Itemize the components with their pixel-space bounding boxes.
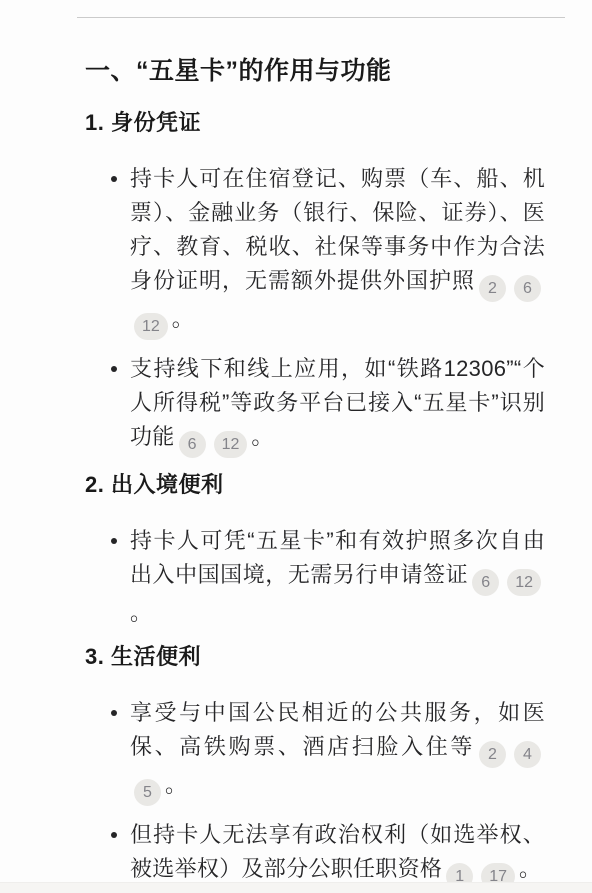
citation-badge[interactable]: 6 (472, 569, 499, 596)
citation-badge[interactable]: 12 (134, 313, 168, 340)
bullet-marker-icon (111, 832, 117, 838)
bullet-marker-icon (111, 366, 117, 372)
citation-badge[interactable]: 2 (479, 275, 506, 302)
bullet-text: 享受与中国公民相近的公共服务，如医保、高铁购票、酒店扫脸入住等245。 (130, 696, 545, 806)
bottom-edge-strip (0, 882, 592, 893)
bullet-list: 持卡人可在住宿登记、购票（车、船、机票）、金融业务（银行、保险、证券）、医疗、教… (85, 162, 545, 458)
citation-badge[interactable]: 4 (514, 741, 541, 768)
list-item: 持卡人可在住宿登记、购票（车、船、机票）、金融业务（银行、保险、证券）、医疗、教… (85, 162, 545, 340)
list-item: 但持卡人无法享有政治权利（如选举权、被选举权）及部分公职任职资格117。 (85, 818, 545, 890)
citation-badge[interactable]: 6 (514, 275, 541, 302)
list-item: 支持线下和线上应用，如“铁路12306”“个人所得税”等政务平台已接入“五星卡”… (85, 352, 545, 458)
section-title: 3. 生活便利 (85, 642, 545, 672)
citation-badge[interactable]: 12 (507, 569, 541, 596)
bullet-list: 持卡人可凭“五星卡”和有效护照多次自由出入中国国境，无需另行申请签证612。 (85, 524, 545, 630)
answer-section: 3. 生活便利 享受与中国公民相近的公共服务，如医保、高铁购票、酒店扫脸入住等2… (85, 642, 545, 890)
bullet-marker-icon (111, 710, 117, 716)
bullet-text: 支持线下和线上应用，如“铁路12306”“个人所得税”等政务平台已接入“五星卡”… (130, 352, 545, 458)
answer-screen: 一、“五星卡”的作用与功能 1. 身份凭证 持卡人可在住宿登记、购票（车、船、机… (0, 0, 592, 893)
bullet-marker-icon (111, 538, 117, 544)
bullet-list: 享受与中国公民相近的公共服务，如医保、高铁购票、酒店扫脸入住等245。 但持卡人… (85, 696, 545, 890)
answer-heading: 一、“五星卡”的作用与功能 (85, 54, 545, 88)
bullet-text: 持卡人可凭“五星卡”和有效护照多次自由出入中国国境，无需另行申请签证612。 (130, 524, 545, 630)
bullet-marker-icon (111, 176, 117, 182)
bullet-text: 但持卡人无法享有政治权利（如选举权、被选举权）及部分公职任职资格117。 (130, 818, 545, 890)
section-title: 2. 出入境便利 (85, 470, 545, 500)
citation-badge[interactable]: 6 (179, 431, 206, 458)
answer-content: 一、“五星卡”的作用与功能 1. 身份凭证 持卡人可在住宿登记、购票（车、船、机… (0, 18, 592, 890)
answer-section: 2. 出入境便利 持卡人可凭“五星卡”和有效护照多次自由出入中国国境，无需另行申… (85, 470, 545, 630)
answer-body: 1. 身份凭证 持卡人可在住宿登记、购票（车、船、机票）、金融业务（银行、保险、… (85, 108, 545, 890)
citation-badge[interactable]: 12 (214, 431, 248, 458)
bullet-text: 持卡人可在住宿登记、购票（车、船、机票）、金融业务（银行、保险、证券）、医疗、教… (130, 162, 545, 340)
list-item: 持卡人可凭“五星卡”和有效护照多次自由出入中国国境，无需另行申请签证612。 (85, 524, 545, 630)
citation-badge[interactable]: 2 (479, 741, 506, 768)
answer-section: 1. 身份凭证 持卡人可在住宿登记、购票（车、船、机票）、金融业务（银行、保险、… (85, 108, 545, 458)
section-title: 1. 身份凭证 (85, 108, 545, 138)
list-item: 享受与中国公民相近的公共服务，如医保、高铁购票、酒店扫脸入住等245。 (85, 696, 545, 806)
citation-badge[interactable]: 5 (134, 779, 161, 806)
